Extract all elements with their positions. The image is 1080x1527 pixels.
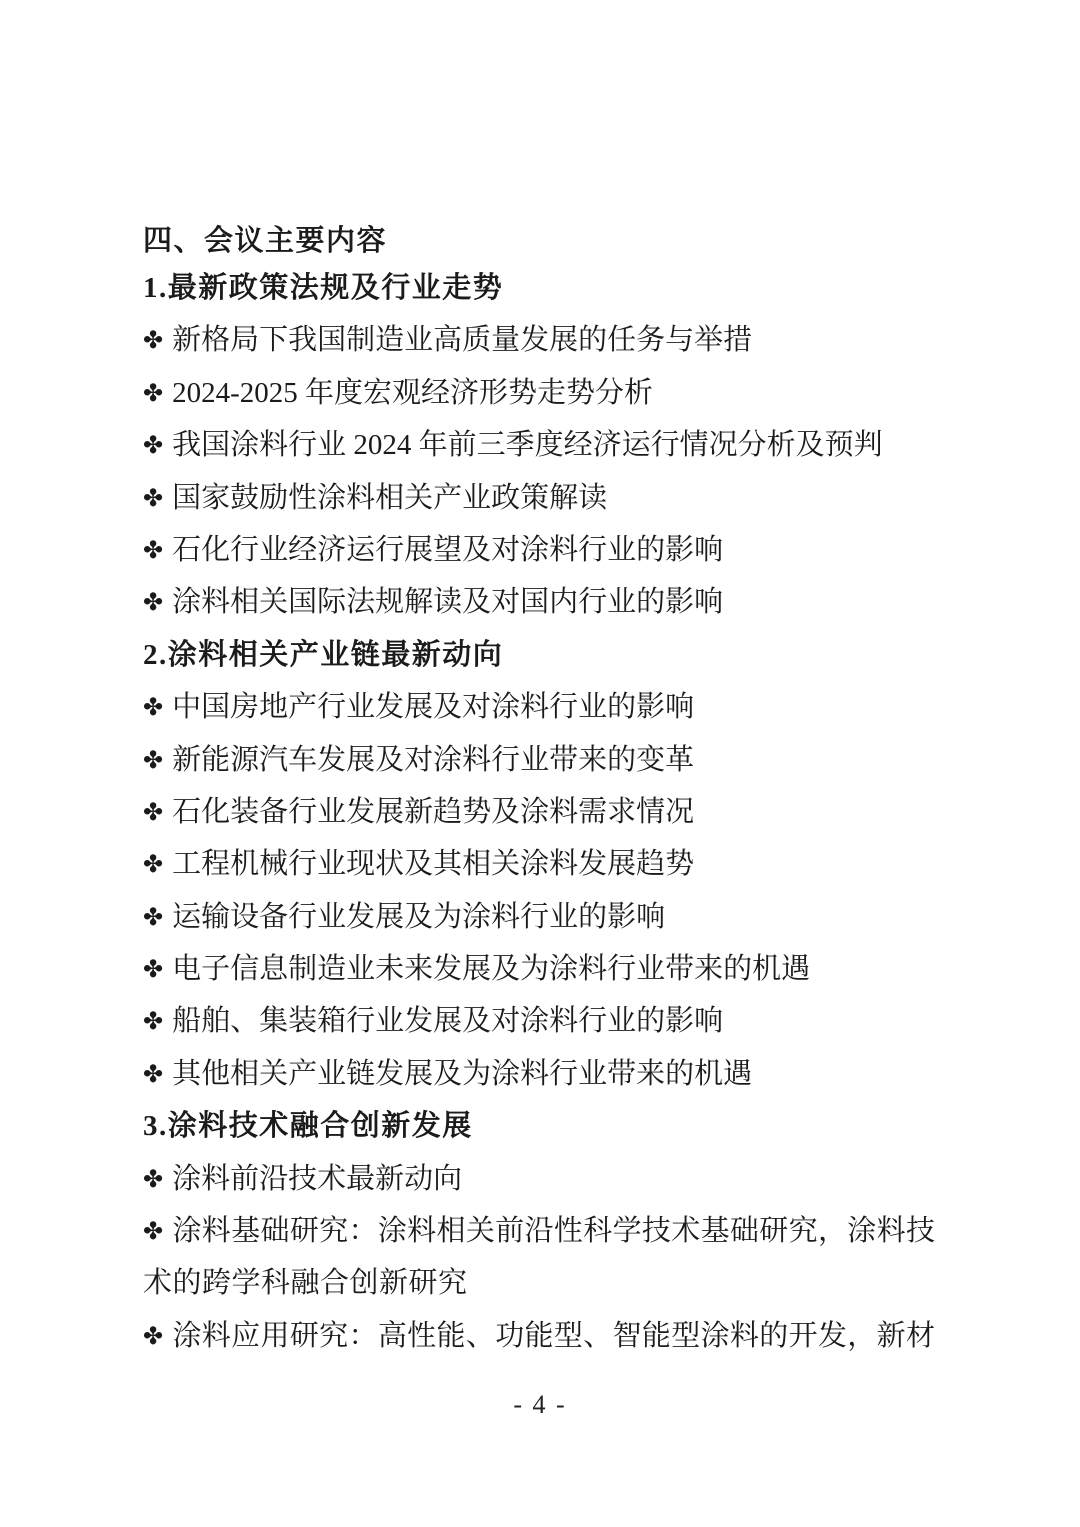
agenda-item-text: 涂料应用研究：高性能、功能型、智能型涂料的开发，新材 [172, 1320, 935, 1352]
agenda-item-text: 电子信息制造业未来发展及为涂料行业带来的机遇 [172, 953, 810, 985]
agenda-item-text: 涂料相关国际法规解读及对国内行业的影响 [172, 586, 723, 618]
agenda-item: ✤涂料前沿技术最新动向 [143, 1153, 935, 1205]
subsection-heading: 1.最新政策法规及行业走势 [143, 262, 935, 314]
clover-bullet-icon: ✤ [143, 891, 163, 943]
agenda-item-text: 涂料基础研究：涂料相关前沿性科学技术基础研究，涂料技 [172, 1215, 935, 1247]
clover-bullet-icon: ✤ [143, 1205, 163, 1257]
agenda-item: ✤石化行业经济运行展望及对涂料行业的影响 [143, 524, 935, 576]
agenda-item: ✤工程机械行业现状及其相关涂料发展趋势 [143, 838, 935, 890]
agenda-item: ✤石化装备行业发展新趋势及涂料需求情况 [143, 786, 935, 838]
agenda-item-text: 工程机械行业现状及其相关涂料发展趋势 [172, 848, 694, 880]
clover-bullet-icon: ✤ [143, 786, 163, 838]
clover-bullet-icon: ✤ [143, 1153, 163, 1205]
agenda-item-text: 国家鼓励性涂料相关产业政策解读 [172, 482, 607, 514]
agenda-item: ✤涂料应用研究：高性能、功能型、智能型涂料的开发，新材 [143, 1310, 935, 1362]
clover-bullet-icon: ✤ [143, 472, 163, 524]
agenda-item: ✤电子信息制造业未来发展及为涂料行业带来的机遇 [143, 943, 935, 995]
agenda-item-text: 石化装备行业发展新趋势及涂料需求情况 [172, 796, 694, 828]
agenda-item-text: 运输设备行业发展及为涂料行业的影响 [172, 901, 665, 933]
clover-bullet-icon: ✤ [143, 734, 163, 786]
clover-bullet-icon: ✤ [143, 314, 163, 366]
clover-bullet-icon: ✤ [143, 1310, 163, 1362]
clover-bullet-icon: ✤ [143, 838, 163, 890]
clover-bullet-icon: ✤ [143, 419, 163, 471]
page-number: - 4 - [0, 1390, 1080, 1420]
agenda-item: ✤船舶、集装箱行业发展及对涂料行业的影响 [143, 995, 935, 1047]
subsection-heading: 2.涂料相关产业链最新动向 [143, 629, 935, 681]
agenda-item-text: 其他相关产业链发展及为涂料行业带来的机遇 [172, 1058, 752, 1090]
agenda-item-text: 石化行业经济运行展望及对涂料行业的影响 [172, 534, 723, 566]
subsection-heading: 3.涂料技术融合创新发展 [143, 1100, 935, 1152]
clover-bullet-icon: ✤ [143, 576, 163, 628]
agenda-item: ✤新格局下我国制造业高质量发展的任务与举措 [143, 314, 935, 366]
agenda-item: ✤2024-2025 年度宏观经济形势走势分析 [143, 367, 935, 419]
agenda-item: ✤运输设备行业发展及为涂料行业的影响 [143, 891, 935, 943]
agenda-item-text: 我国涂料行业 2024 年前三季度经济运行情况分析及预判 [172, 429, 883, 461]
agenda-item-text: 新能源汽车发展及对涂料行业带来的变革 [172, 744, 694, 776]
agenda-item: ✤中国房地产行业发展及对涂料行业的影响 [143, 681, 935, 733]
agenda-item: ✤其他相关产业链发展及为涂料行业带来的机遇 [143, 1048, 935, 1100]
document-page: 四、会议主要内容 1.最新政策法规及行业走势✤新格局下我国制造业高质量发展的任务… [0, 0, 1080, 1527]
agenda-item-text: 新格局下我国制造业高质量发展的任务与举措 [172, 324, 752, 356]
clover-bullet-icon: ✤ [143, 943, 163, 995]
agenda-item-text: 涂料前沿技术最新动向 [172, 1163, 462, 1195]
agenda-item-text: 2024-2025 年度宏观经济形势走势分析 [172, 377, 653, 409]
clover-bullet-icon: ✤ [143, 1048, 163, 1100]
clover-bullet-icon: ✤ [143, 995, 163, 1047]
agenda-item: ✤国家鼓励性涂料相关产业政策解读 [143, 472, 935, 524]
agenda-item: ✤我国涂料行业 2024 年前三季度经济运行情况分析及预判 [143, 419, 935, 471]
agenda-item-continuation: 术的跨学科融合创新研究 [143, 1257, 935, 1309]
agenda-item-text: 中国房地产行业发展及对涂料行业的影响 [172, 691, 694, 723]
agenda-item: ✤涂料相关国际法规解读及对国内行业的影响 [143, 576, 935, 628]
agenda-content: 1.最新政策法规及行业走势✤新格局下我国制造业高质量发展的任务与举措✤2024-… [143, 262, 935, 1362]
clover-bullet-icon: ✤ [143, 367, 163, 419]
clover-bullet-icon: ✤ [143, 524, 163, 576]
clover-bullet-icon: ✤ [143, 681, 163, 733]
agenda-item: ✤新能源汽车发展及对涂料行业带来的变革 [143, 734, 935, 786]
agenda-item: ✤涂料基础研究：涂料相关前沿性科学技术基础研究，涂料技 [143, 1205, 935, 1257]
agenda-item-text: 船舶、集装箱行业发展及对涂料行业的影响 [172, 1005, 723, 1037]
section-title: 四、会议主要内容 [143, 218, 387, 259]
